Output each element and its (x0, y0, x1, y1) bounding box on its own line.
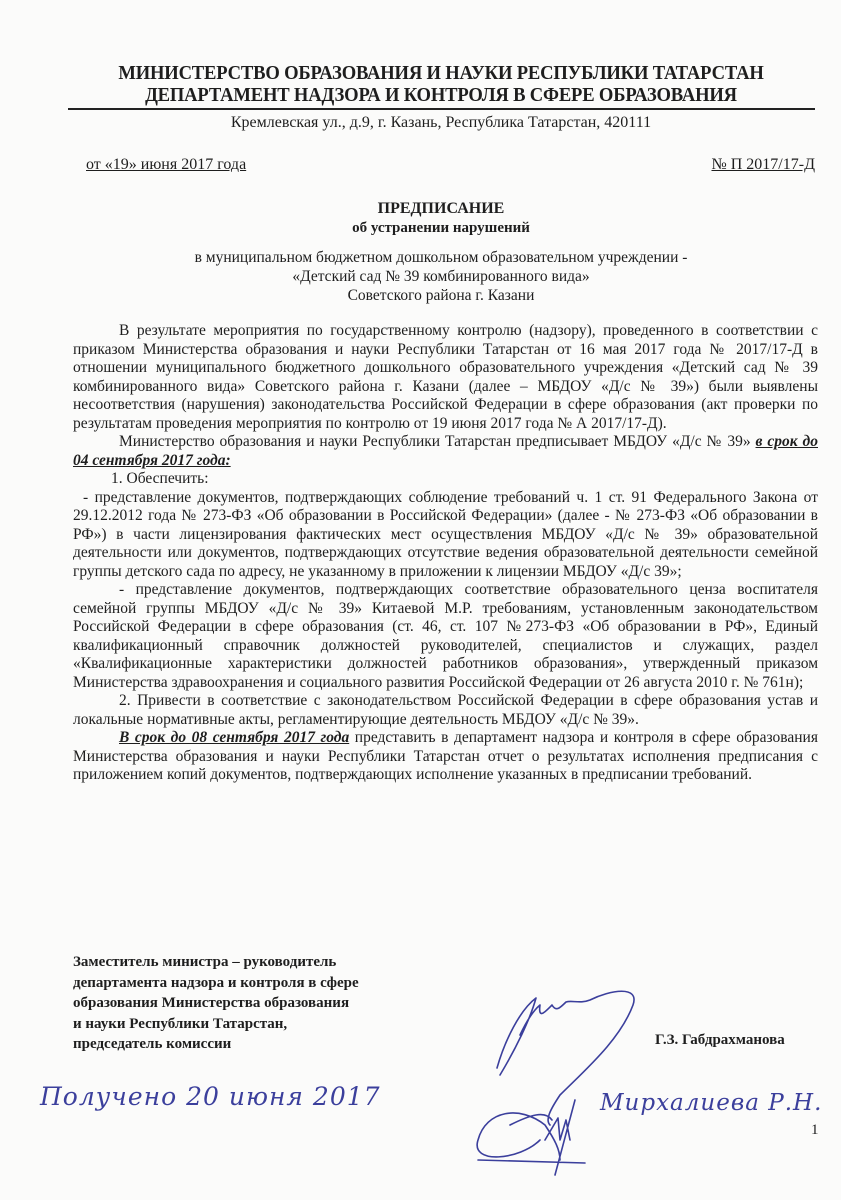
recipient-name: Мирхалиева Р.Н. (600, 1090, 822, 1116)
document-page: МИНИСТЕРСТВО ОБРАЗОВАНИЯ И НАУКИ РЕСПУБЛ… (0, 0, 841, 1200)
recipient-signature-icon (477, 1100, 585, 1175)
page-number: 1 (811, 1122, 819, 1139)
handwritten-signatures (0, 0, 841, 1200)
received-note: Получено 20 июня 2017 (40, 1082, 381, 1111)
